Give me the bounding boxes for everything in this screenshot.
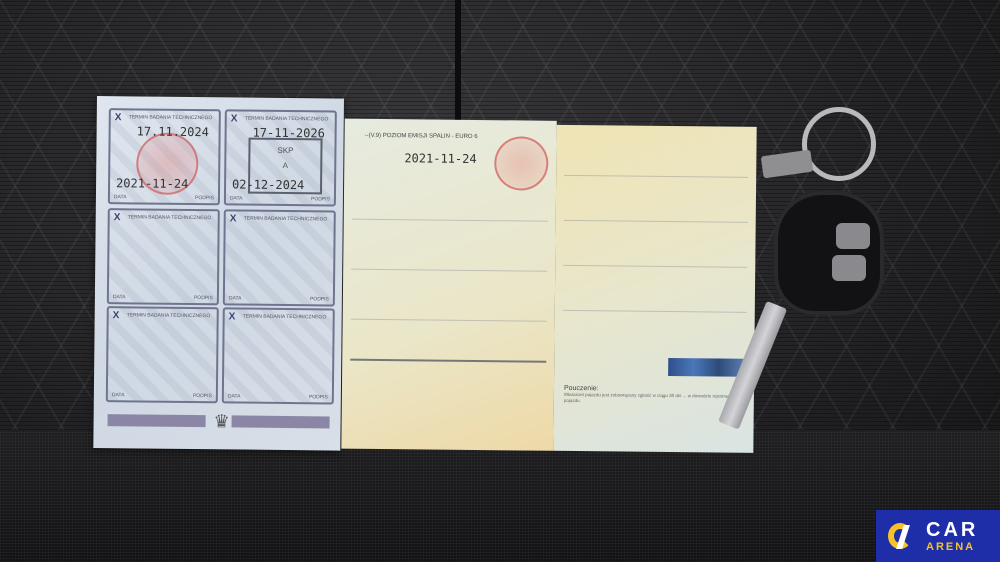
- band-bar-left: [108, 414, 206, 427]
- divider: [352, 219, 548, 222]
- divider: [351, 319, 547, 322]
- footer-signature-label: PODPIS: [310, 296, 329, 302]
- stamp-date: 2021-11-24: [116, 176, 188, 191]
- footer-date-label: DATA: [113, 294, 126, 300]
- bottom-band: ♛: [108, 412, 328, 430]
- next-inspection-date: 17.11.2024: [137, 124, 209, 139]
- car-key: [752, 105, 892, 435]
- footer-date-label: DATA: [112, 392, 125, 398]
- key-fob: [774, 191, 884, 315]
- inspection-page: X TERMIN BADANIA TECHNICZNEGO 17.11.2024…: [93, 96, 344, 451]
- box-label: TERMIN BADANIA TECHNICZNEGO: [243, 314, 327, 321]
- footer-date-label: DATA: [114, 194, 127, 200]
- box-label: TERMIN BADANIA TECHNICZNEGO: [127, 312, 211, 319]
- inspection-box-2: X TERMIN BADANIA TECHNICZNEGO 17-11-2026…: [224, 109, 337, 206]
- divider: [563, 265, 747, 268]
- emission-page: --(V.9) POZIOM EMISJI SPALIN - EURO 6 20…: [341, 119, 556, 451]
- divider: [564, 220, 748, 223]
- footer-date-label: DATA: [230, 195, 243, 201]
- footer-date-label: DATA: [228, 393, 241, 399]
- footer-signature-label: PODPIS: [195, 195, 214, 201]
- key-ring: [802, 107, 876, 181]
- box-mark: X: [230, 213, 237, 224]
- logo-line1: CAR: [926, 520, 978, 540]
- pouczenie-body: Właściciel pojazdu jest zobowiązany zgło…: [564, 392, 744, 406]
- inspection-box-4: X TERMIN BADANIA TECHNICZNEGO DATA PODPI…: [223, 209, 336, 306]
- box-label: TERMIN BADANIA TECHNICZNEGO: [128, 214, 212, 221]
- footer-signature-label: PODPIS: [194, 295, 213, 301]
- box-mark: X: [231, 113, 238, 124]
- logo-line2: ARENA: [926, 542, 978, 553]
- logo-mark-icon: [888, 521, 916, 551]
- footer-signature-label: PODPIS: [193, 393, 212, 399]
- emission-date: 2021-11-24: [404, 151, 476, 166]
- box-mark: X: [113, 310, 120, 321]
- box-label: TERMIN BADANIA TECHNICZNEGO: [129, 114, 213, 121]
- inspection-box-3: X TERMIN BADANIA TECHNICZNEGO DATA PODPI…: [107, 208, 220, 305]
- divider: [350, 359, 546, 363]
- station-code: SKP: [250, 146, 320, 156]
- official-seal-stamp: [494, 136, 549, 191]
- footer-signature-label: PODPIS: [311, 196, 330, 202]
- hologram: [668, 358, 744, 377]
- unlock-button-icon: [832, 255, 866, 281]
- box-mark: X: [229, 311, 236, 322]
- eagle-emblem-icon: ♛: [211, 409, 231, 433]
- box-mark: X: [115, 112, 122, 123]
- lock-button-icon: [836, 223, 870, 249]
- divider: [564, 175, 748, 178]
- station-line2: A: [250, 161, 320, 171]
- footer-signature-label: PODPIS: [309, 394, 328, 400]
- box-mark: X: [114, 212, 121, 223]
- divider: [351, 269, 547, 272]
- inspection-box-6: X TERMIN BADANIA TECHNICZNEGO DATA PODPI…: [222, 307, 335, 404]
- inspection-box-1: X TERMIN BADANIA TECHNICZNEGO 17.11.2024…: [108, 108, 221, 205]
- stamp-date: 02-12-2024: [232, 177, 304, 192]
- footer-date-label: DATA: [229, 295, 242, 301]
- car-arena-logo: CAR ARENA: [876, 510, 1000, 562]
- band-bar-right: [232, 415, 330, 428]
- box-label: TERMIN BADANIA TECHNICZNEGO: [244, 216, 328, 223]
- registration-document: X TERMIN BADANIA TECHNICZNEGO 17.11.2024…: [93, 96, 762, 455]
- pouczenie-section: Pouczenie: Właściciel pojazdu jest zobow…: [564, 385, 744, 406]
- box-label: TERMIN BADANIA TECHNICZNEGO: [245, 116, 329, 123]
- emission-note: --(V.9) POZIOM EMISJI SPALIN - EURO 6: [365, 133, 478, 140]
- inspection-box-5: X TERMIN BADANIA TECHNICZNEGO DATA PODPI…: [106, 306, 219, 403]
- key-tag: [761, 150, 814, 179]
- divider: [563, 310, 747, 313]
- legend-fine-print: [348, 367, 548, 369]
